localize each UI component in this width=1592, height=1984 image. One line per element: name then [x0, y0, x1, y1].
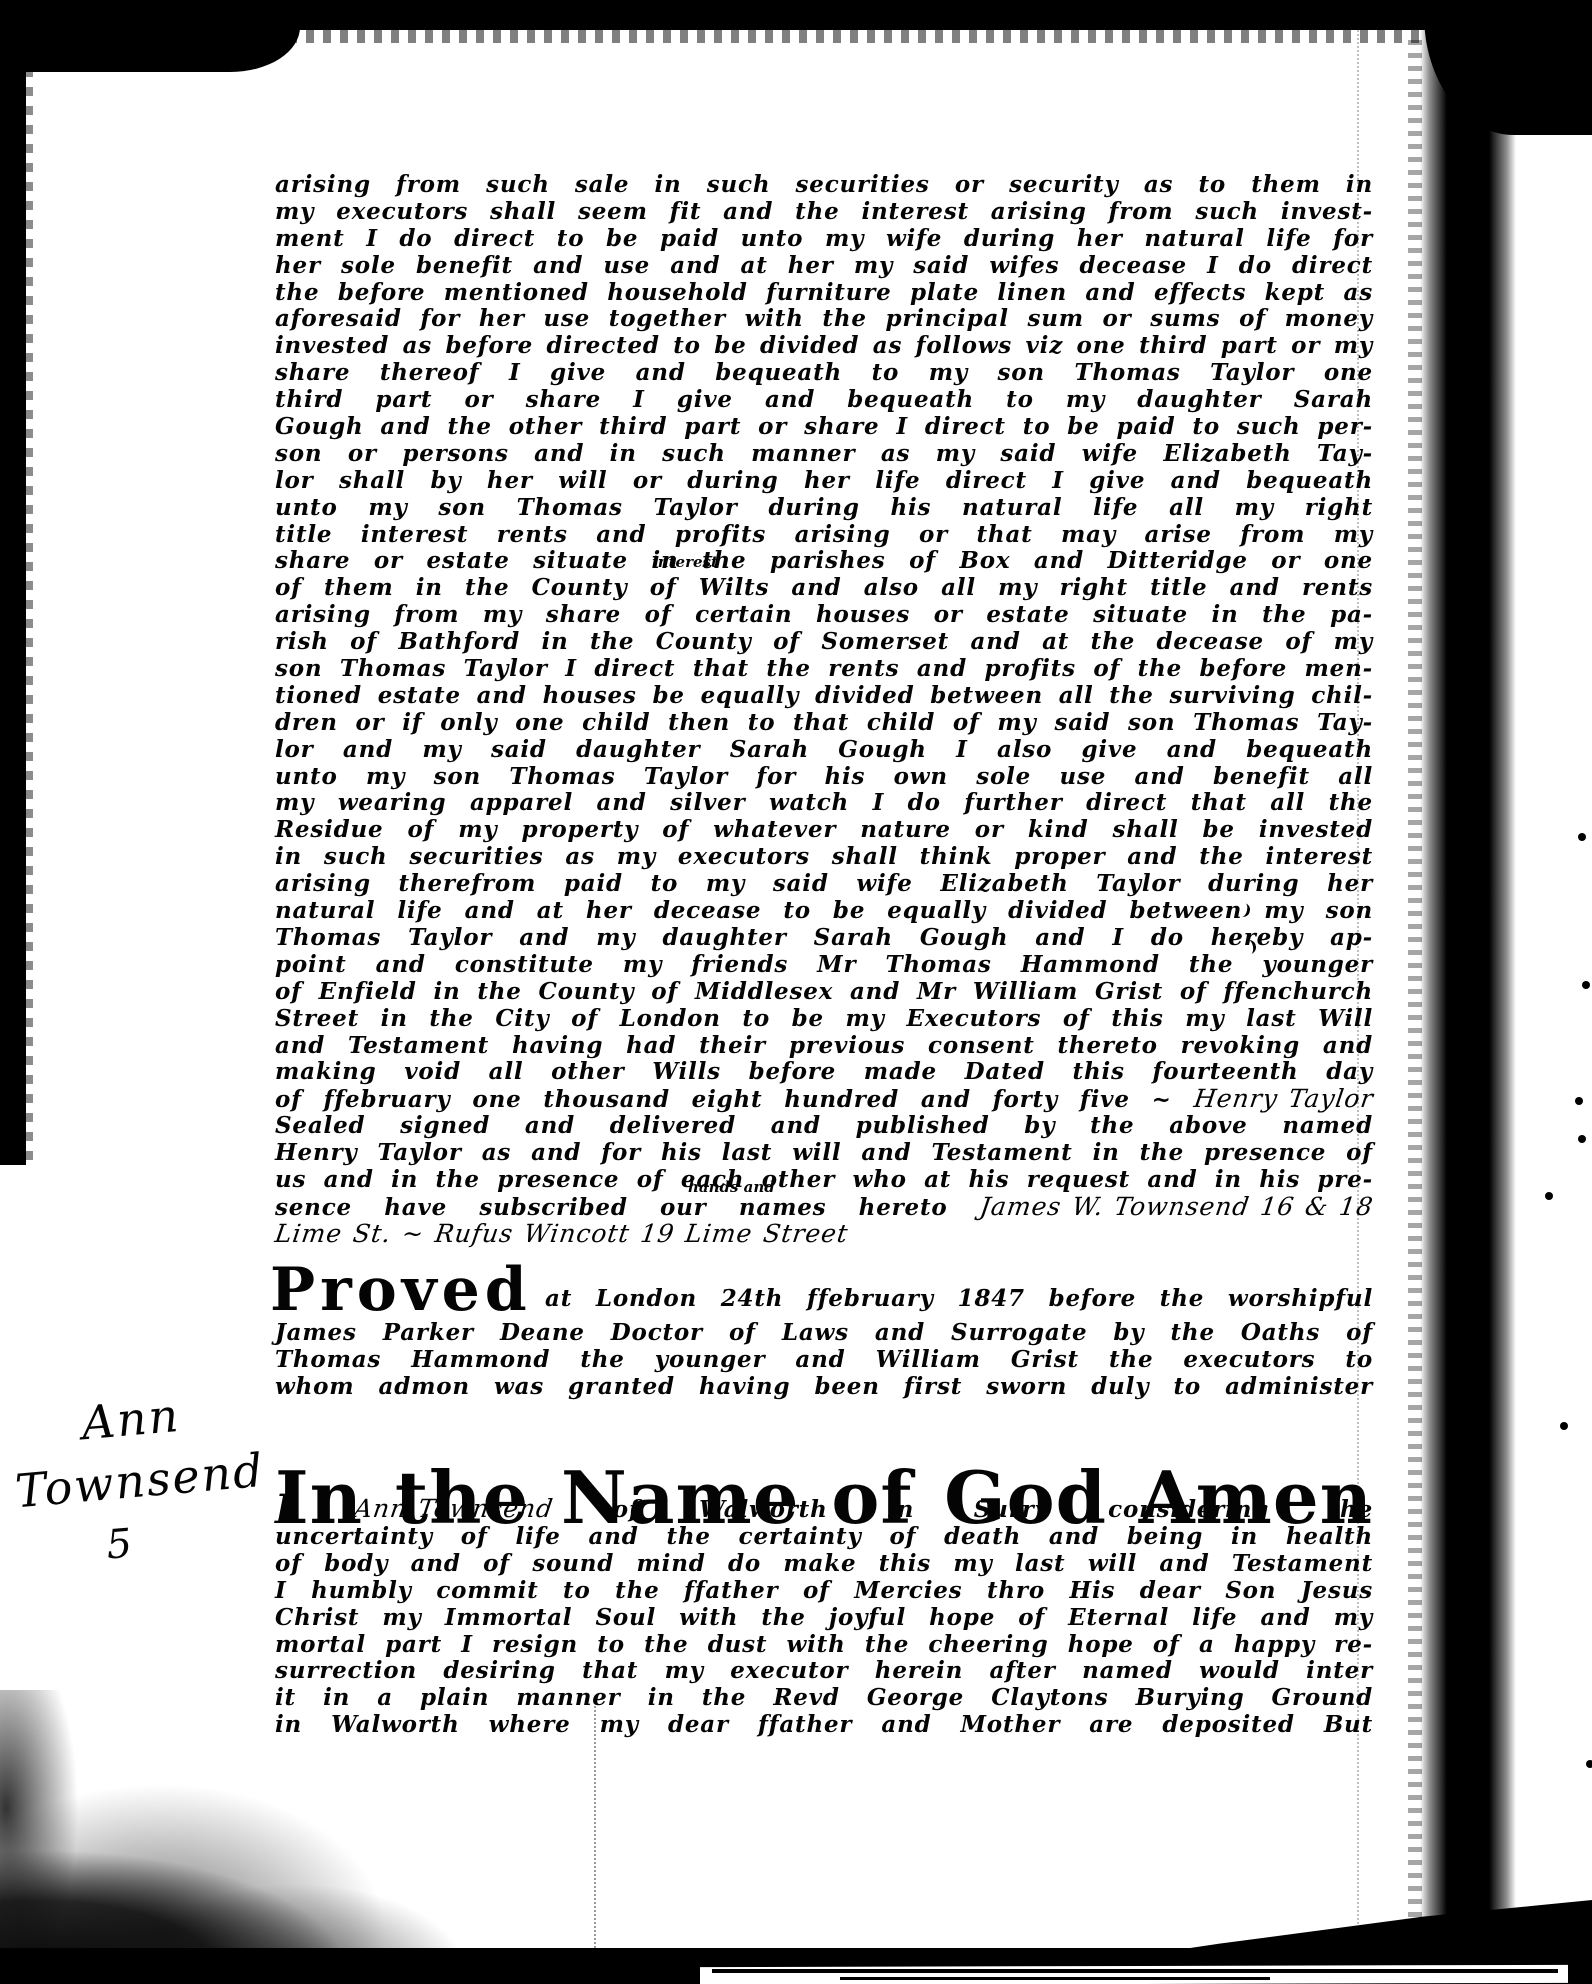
- manuscript-line: third part or share I give and bequeath …: [275, 387, 1373, 414]
- scan-artifact-next-page-line: [712, 1969, 1558, 1973]
- interlinear-insertion-hands-and: hands and: [688, 1179, 775, 1195]
- manuscript-line: natural life and at her decease to be eq…: [275, 898, 1373, 925]
- manuscript-line: making void all other Wills before made …: [275, 1059, 1373, 1086]
- date-line-text: of ffebruary one thousand eight hundred …: [275, 1086, 1172, 1113]
- manuscript-line: lor and my said daughter Sarah Gough I a…: [275, 737, 1373, 764]
- manuscript-line: dren or if only one child then to that c…: [275, 710, 1373, 737]
- witness-signature-line: sence have subscribed our names hereto J…: [275, 1194, 1373, 1221]
- manuscript-line: my wearing apparel and silver watch I do…: [275, 790, 1373, 817]
- manuscript-line: unto my son Thomas Taylor during his nat…: [275, 495, 1373, 522]
- witness1-signature: James W. Townsend 16 & 18: [978, 1194, 1375, 1221]
- manuscript-line: Residue of my property of whatever natur…: [275, 817, 1373, 844]
- manuscript-line: it in a plain manner in the Revd George …: [275, 1685, 1373, 1712]
- manuscript-line: share thereof I give and bequeath to my …: [275, 360, 1373, 387]
- scan-artifact-gutter-noise: [1408, 40, 1422, 1920]
- margin-note-testatrix: Ann Townsend 5: [7, 1378, 262, 1584]
- interlinear-insertion-interest: interest: [652, 554, 718, 570]
- probate-line: Thomas Hammond the younger and William G…: [275, 1347, 1373, 1374]
- townsend-will-lines: uncertainty of life and the certainty of…: [275, 1524, 1373, 1739]
- testator-signature: Henry Taylor: [1192, 1086, 1375, 1113]
- manuscript-line: Christ my Immortal Soul with the joyful …: [275, 1605, 1373, 1632]
- manuscript-line: uncertainty of life and the certainty of…: [275, 1524, 1373, 1551]
- manuscript-line: of body and of sound mind do make this m…: [275, 1551, 1373, 1578]
- probate-first-line: at London 24th ffebruary 1847 before the…: [545, 1286, 1373, 1313]
- will-text-column: arising from such sale in such securitie…: [275, 172, 1373, 1248]
- manuscript-line: mortal part I resign to the dust with th…: [275, 1632, 1373, 1659]
- manuscript-line: arising therefrom paid to my said wife E…: [275, 871, 1373, 898]
- scan-artifact-next-page-edge: [700, 1965, 1568, 1984]
- manuscript-line: of Enfield in the County of Middlesex an…: [275, 979, 1373, 1006]
- scan-artifact-margin-specks: [1578, 833, 1586, 841]
- manuscript-line: Gough and the other third part or share …: [275, 414, 1373, 441]
- manuscript-line: my executors shall seem fit and the inte…: [275, 199, 1373, 226]
- manuscript-line: the before mentioned household furniture…: [275, 280, 1373, 307]
- manuscript-line: ment I do direct to be paid unto my wife…: [275, 226, 1373, 253]
- manuscript-line: I humbly commit to the ffather of Mercie…: [275, 1578, 1373, 1605]
- manuscript-line: her sole benefit and use and at her my s…: [275, 253, 1373, 280]
- probate-lines: James Parker Deane Doctor of Laws and Su…: [275, 1320, 1373, 1401]
- witness-line-text: sence have subscribed our names hereto: [275, 1194, 948, 1221]
- manuscript-line: and Testament having had their previous …: [275, 1033, 1373, 1060]
- witness2-signature-line: Lime St. ~ Rufus Wincott 19 Lime Street: [275, 1221, 1373, 1248]
- manuscript-line: son Thomas Taylor I direct that the rent…: [275, 656, 1373, 683]
- scan-artifact-top-left-corner: [0, 0, 300, 72]
- manuscript-line: in Walworth where my dear ffather and Mo…: [275, 1712, 1373, 1739]
- manuscript-line: invested as before directed to be divide…: [275, 333, 1373, 360]
- manuscript-line: in such securities as my executors shall…: [275, 844, 1373, 871]
- taylor-will-lines: arising from such sale in such securitie…: [275, 172, 1373, 1086]
- manuscript-line: Street in the City of London to be my Ex…: [275, 1006, 1373, 1033]
- probate-line: James Parker Deane Doctor of Laws and Su…: [275, 1320, 1373, 1347]
- manuscript-line: unto my son Thomas Taylor for his own so…: [275, 764, 1373, 791]
- townsend-first-line: I Ann Townsend of Walworth in Surry cons…: [275, 1496, 1373, 1523]
- testatrix-name: Ann Townsend: [352, 1496, 555, 1523]
- manuscript-line: arising from such sale in such securitie…: [275, 172, 1373, 199]
- manuscript-line: title interest rents and profits arising…: [275, 522, 1373, 549]
- attestation-line: Henry Taylor as and for his last will an…: [275, 1140, 1373, 1167]
- manuscript-line: tioned estate and houses be equally divi…: [275, 683, 1373, 710]
- margin-note-number: 5: [104, 1501, 263, 1576]
- attestation-lines: Sealed signed and delivered and publishe…: [275, 1113, 1373, 1194]
- manuscript-line: rish of Bathford in the County of Somers…: [275, 629, 1373, 656]
- manuscript-line: Thomas Taylor and my daughter Sarah Goug…: [275, 925, 1373, 952]
- manuscript-line: point and constitute my friends Mr Thoma…: [275, 952, 1373, 979]
- probate-line: whom admon was granted having been first…: [275, 1374, 1373, 1401]
- scanned-will-register-page: Ann Townsend 5 interest hands and arisin…: [0, 0, 1592, 1984]
- probate-big-word: Proved: [270, 1258, 532, 1322]
- attestation-line: Sealed signed and delivered and publishe…: [275, 1113, 1373, 1140]
- manuscript-line: lor shall by her will or during her life…: [275, 468, 1373, 495]
- manuscript-line: surrection desiring that my executor her…: [275, 1658, 1373, 1685]
- scan-artifact-left-edge-noise: [24, 30, 33, 1160]
- scan-artifact-binding-gutter: [1420, 16, 1516, 1950]
- attestation-line: us and in the presence of each other who…: [275, 1167, 1373, 1194]
- manuscript-line: aforesaid for her use together with the …: [275, 306, 1373, 333]
- manuscript-line: of them in the County of Wilts and also …: [275, 575, 1373, 602]
- manuscript-line: arising from my share of certain houses …: [275, 602, 1373, 629]
- manuscript-line: son or persons and in such manner as my …: [275, 441, 1373, 468]
- scan-artifact-left-edge: [0, 0, 26, 1165]
- witness2-signature: Lime St. ~ Rufus Wincott 19 Lime Street: [273, 1221, 850, 1248]
- first-line-text: of Walworth in Surry considering the: [613, 1496, 1373, 1523]
- manuscript-line: share or estate situate in the parishes …: [275, 548, 1373, 575]
- scan-artifact-next-page-line-2: [840, 1977, 1270, 1980]
- date-and-signature-line: of ffebruary one thousand eight hundred …: [275, 1086, 1373, 1113]
